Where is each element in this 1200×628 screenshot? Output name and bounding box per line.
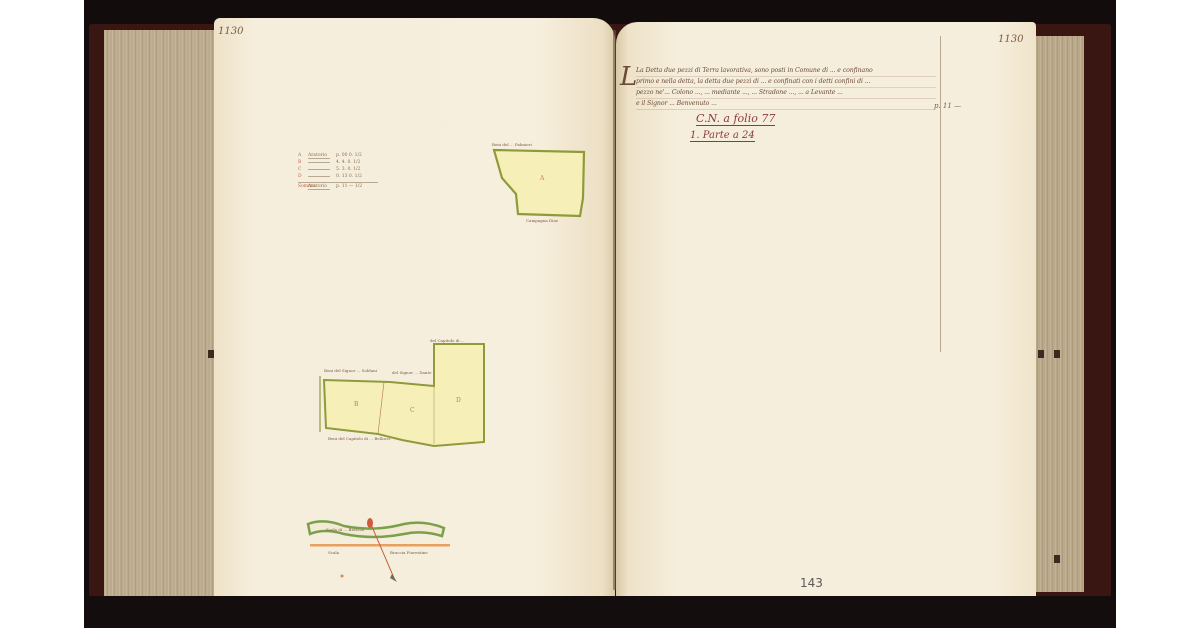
scale-and-compass: Scala di ... Braccia Scala Braccia Fiore… [304, 514, 454, 584]
parcel-b-top-label: Beni del Signor ... Soldani [324, 368, 378, 373]
scale-label: Scala [328, 550, 340, 555]
parcel-b-letter: B [354, 401, 359, 408]
entry-amount: p. 11 — [934, 102, 961, 110]
legend-row: C5. 3. 0. 1/2 [298, 166, 378, 173]
register-entry-text: La Detta due pezzi di Terra lavorativa, … [636, 66, 936, 110]
parcel-c-letter: C [410, 407, 415, 414]
parcel-bcd-map: Beni del Signor ... Soldani del Signor .… [318, 336, 488, 452]
legend-row: D0. 13 0. 1/2 [298, 173, 378, 180]
red-annotation-part: 1. Parte a 24 [690, 130, 755, 142]
legend-total-row: SommaAratoriop. 11 — 1/2 [298, 182, 378, 190]
scale-units-label: Braccia Fiorentine [390, 550, 428, 555]
entry-line: e il Signor ... Benvenuto ... [636, 99, 936, 110]
red-annotation-folio: C.N. a folio 77 [696, 112, 775, 126]
stamped-page-number: 143 [800, 576, 823, 590]
clasp-mark-right [1038, 350, 1044, 358]
margin-ruling-line [940, 36, 941, 352]
parcel-d-top-label: del Capitolo di ... [430, 338, 465, 343]
compass-tail-icon [390, 574, 397, 582]
left-page-edges [104, 30, 222, 596]
compass-north-arrow-icon [367, 518, 373, 528]
parcel-legend-table: AAratoriop. 00 0. 1/2 B4. 4. 0. 1/2 C5. … [298, 152, 378, 190]
clasp-mark-right-2 [1054, 350, 1060, 358]
parcel-a-map: Beni del ... Palmieri A Campagna Diaz [488, 138, 598, 228]
entry-line: pezzo ne'... Colono ..., ... mediante ..… [636, 88, 936, 99]
entry-line: La Detta due pezzi di Terra lavorativa, … [636, 66, 936, 77]
parcel-d-letter: D [456, 397, 461, 404]
book-scan: 1130 AAratoriop. 00 0. 1/2 B4. 4. 0. 1/2… [84, 0, 1116, 628]
book-bottom-shadow [84, 596, 1116, 628]
decorative-initial-l: L [620, 62, 637, 92]
right-folio-number: 1130 [998, 34, 1023, 45]
parcel-c-top-label: del Signor ... Dante [392, 370, 432, 375]
entry-line: primo e nella detta, la detta due pezzi … [636, 77, 936, 88]
legend-row: AAratoriop. 00 0. 1/2 [298, 152, 378, 159]
legend-row: B4. 4. 0. 1/2 [298, 159, 378, 166]
parcel-a-letter: A [539, 175, 545, 182]
parcel-bcd-bottom-label: Beni del Capitolo di ... Bellucci [328, 436, 391, 441]
parcel-a-bottom-label: Campagna Diaz [526, 218, 558, 223]
parcel-a-top-label: Beni del ... Palmieri [492, 142, 533, 147]
left-folio-number: 1130 [218, 26, 243, 37]
clasp-mark-right-3 [1054, 555, 1060, 563]
scale-banner-text: Scala di ... Braccia [326, 527, 364, 532]
right-page-edges [1034, 36, 1084, 592]
